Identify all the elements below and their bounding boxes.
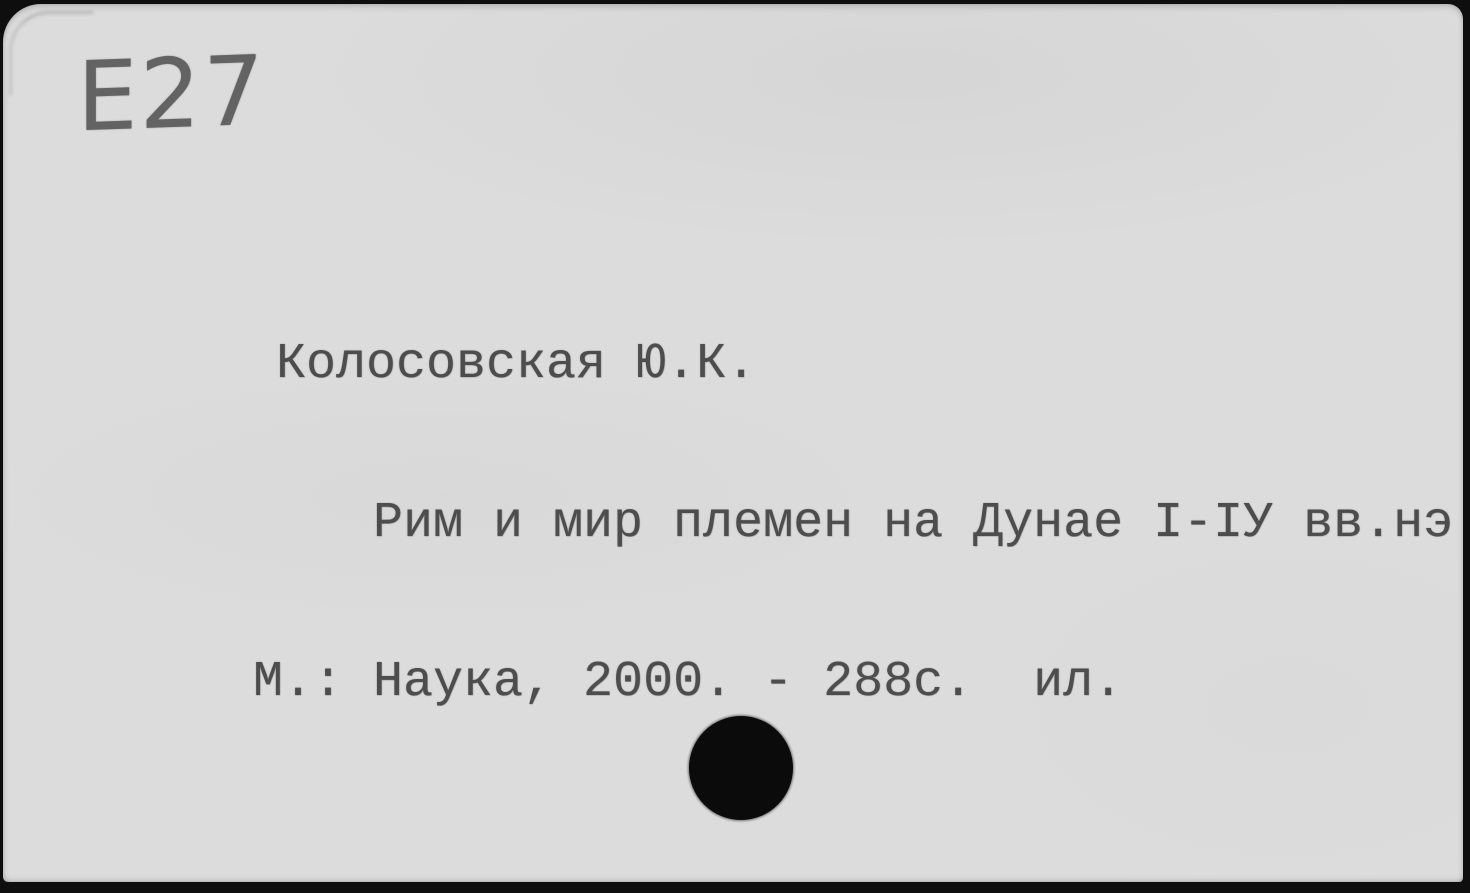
author-line: Колосовская Ю.К. — [276, 338, 1453, 391]
title-line: Рим и мир племен на Дунае I-IУ вв.нэ — [373, 497, 1453, 550]
punch-hole — [689, 716, 793, 820]
imprint-line: М.: Наука, 2000. - 288с. ил. — [253, 656, 1453, 709]
call-number: Е27 — [77, 39, 266, 150]
catalog-entry: Колосовская Ю.К. Рим и мир племен на Дун… — [253, 232, 1453, 815]
catalog-card: Е27 Колосовская Ю.К. Рим и мир племен на… — [3, 4, 1463, 882]
